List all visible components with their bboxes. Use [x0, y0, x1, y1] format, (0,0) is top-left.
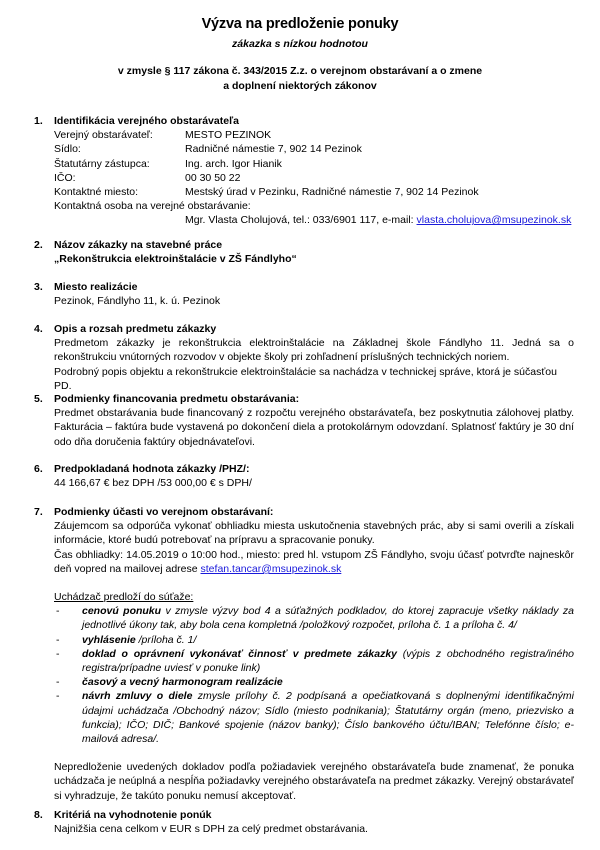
section-number: 1.	[34, 114, 43, 128]
section-6: 6. Predpokladaná hodnota zákazky /PHZ/: …	[34, 462, 574, 490]
section-number: 2.	[34, 238, 43, 252]
section-number: 4.	[34, 322, 43, 336]
info-label: IČO:	[54, 171, 185, 185]
info-value: 00 30 50 22	[185, 171, 240, 185]
description-paragraph: Predmetom zákazky je rekonštrukcia elekt…	[54, 336, 574, 364]
section-5: 5. Podmienky financovania predmetu obsta…	[34, 392, 574, 449]
section-number: 8.	[34, 808, 43, 822]
section-2: 2. Názov zákazky na stavebné práce „Reko…	[34, 238, 574, 266]
section-heading: Podmienky financovania predmetu obstaráv…	[54, 392, 574, 406]
info-label: Verejný obstarávateľ:	[54, 128, 185, 142]
list-item: -vyhlásenie /príloha č. 1/	[54, 633, 574, 647]
info-value: Radničné námestie 7, 902 14 Pezinok	[185, 142, 362, 156]
section-number: 3.	[34, 280, 43, 294]
info-row: Štatutárny zástupca:Ing. arch. Igor Hian…	[54, 157, 574, 171]
submission-list: -cenovú ponuku v zmysle výzvy bod 4 a sú…	[54, 604, 574, 746]
section-heading: Kritériá na vyhodnotenie ponúk	[54, 808, 574, 822]
contact-text: Mgr. Vlasta Cholujová, tel.: 033/6901 11…	[185, 214, 417, 226]
info-value: Mestský úrad v Pezinku, Radničné námesti…	[185, 185, 479, 199]
info-row: Sídlo:Radničné námestie 7, 902 14 Pezino…	[54, 142, 574, 156]
list-item: -cenovú ponuku v zmysle výzvy bod 4 a sú…	[54, 604, 574, 632]
submission-heading: Uchádzač predloží do súťaže:	[54, 590, 574, 604]
law-reference: v zmysle § 117 zákona č. 343/2015 Z.z. o…	[0, 64, 600, 94]
bullet-dash: -	[54, 604, 82, 632]
list-item: -časový a vecný harmonogram realizácie	[54, 675, 574, 689]
closing-paragraph: Nepredloženie uvedených dokladov podľa p…	[54, 760, 574, 803]
section-heading: Predpokladaná hodnota zákazky /PHZ/:	[54, 462, 574, 476]
contract-name: „Rekonštrukcia elektroinštalácie v ZŠ Fá…	[54, 252, 574, 266]
section-heading: Podmienky účasti vo verejnom obstarávaní…	[54, 505, 574, 519]
section-number: 6.	[34, 462, 43, 476]
financing-text: Predmet obstarávania bude financovaný z …	[54, 406, 574, 449]
bullet-dash: -	[54, 647, 82, 675]
item-title: vyhlásenie	[82, 634, 136, 646]
bullet-dash: -	[54, 689, 82, 746]
info-row: IČO:00 30 50 22	[54, 171, 574, 185]
section-heading: Opis a rozsah predmetu zákazky	[54, 322, 574, 336]
info-row: Kontaktné miesto:Mestský úrad v Pezinku,…	[54, 185, 574, 199]
info-label: Sídlo:	[54, 142, 185, 156]
item-title: návrh zmluvy o diele	[82, 690, 192, 702]
section-heading: Názov zákazky na stavebné práce	[54, 238, 574, 252]
item-detail: /príloha č. 1/	[136, 634, 197, 646]
bullet-dash: -	[54, 675, 82, 689]
section-heading: Identifikácia verejného obstarávateľa	[54, 114, 574, 128]
section-4: 4. Opis a rozsah predmetu zákazky Predme…	[34, 322, 574, 393]
document-subtitle: zákazka s nízkou hodnotou	[0, 38, 600, 50]
document-page: Výzva na predloženie ponuky zákazka s ní…	[0, 0, 600, 850]
location-text: Pezinok, Fándlyho 11, k. ú. Pezinok	[54, 294, 574, 308]
law-line-2: a doplnení niektorých zákonov	[0, 79, 600, 94]
item-title: časový a vecný harmonogram realizácie	[82, 676, 283, 688]
section-heading: Miesto realizácie	[54, 280, 574, 294]
contact-person: Mgr. Vlasta Cholujová, tel.: 033/6901 11…	[185, 213, 574, 227]
info-row: Verejný obstarávateľ:MESTO PEZINOK	[54, 128, 574, 142]
section-7: 7. Podmienky účasti vo verejnom obstaráv…	[34, 505, 574, 803]
section-number: 7.	[34, 505, 43, 519]
inspection-details: Čas obhliadky: 14.05.2019 o 10:00 hod., …	[54, 548, 574, 576]
info-label: Štatutárny zástupca:	[54, 157, 185, 171]
bullet-dash: -	[54, 633, 82, 647]
item-title: doklad o oprávnení vykonávať činnosť v p…	[82, 648, 397, 660]
info-label: Kontaktné miesto:	[54, 185, 185, 199]
contact-label: Kontaktná osoba na verejné obstarávanie:	[54, 199, 574, 213]
section-8: 8. Kritériá na vyhodnotenie ponúk Najniž…	[34, 808, 574, 836]
info-value: Ing. arch. Igor Hianik	[185, 157, 282, 171]
section-3: 3. Miesto realizácie Pezinok, Fándlyho 1…	[34, 280, 574, 308]
section-number: 5.	[34, 392, 43, 406]
criteria-text: Najnižšia cena celkom v EUR s DPH za cel…	[54, 822, 574, 836]
estimated-value: 44 166,67 € bez DPH /53 000,00 € s DPH/	[54, 476, 574, 490]
list-item: -návrh zmluvy o diele zmysle prílohy č. …	[54, 689, 574, 746]
inspection-email-link[interactable]: stefan.tancar@msupezinok.sk	[201, 563, 342, 575]
document-title: Výzva na predloženie ponuky	[0, 16, 600, 32]
description-paragraph: Podrobný popis objektu a rekonštrukcie e…	[54, 365, 574, 393]
contact-email-link[interactable]: vlasta.cholujova@msupezinok.sk	[417, 214, 572, 226]
section-1: 1. Identifikácia verejného obstarávateľa…	[34, 114, 574, 228]
item-title: cenovú ponuku	[82, 605, 161, 617]
info-value: MESTO PEZINOK	[185, 128, 271, 142]
law-line-1: v zmysle § 117 zákona č. 343/2015 Z.z. o…	[0, 64, 600, 79]
inspection-recommendation: Záujemcom sa odporúča vykonať obhliadku …	[54, 519, 574, 547]
list-item: -doklad o oprávnení vykonávať činnosť v …	[54, 647, 574, 675]
